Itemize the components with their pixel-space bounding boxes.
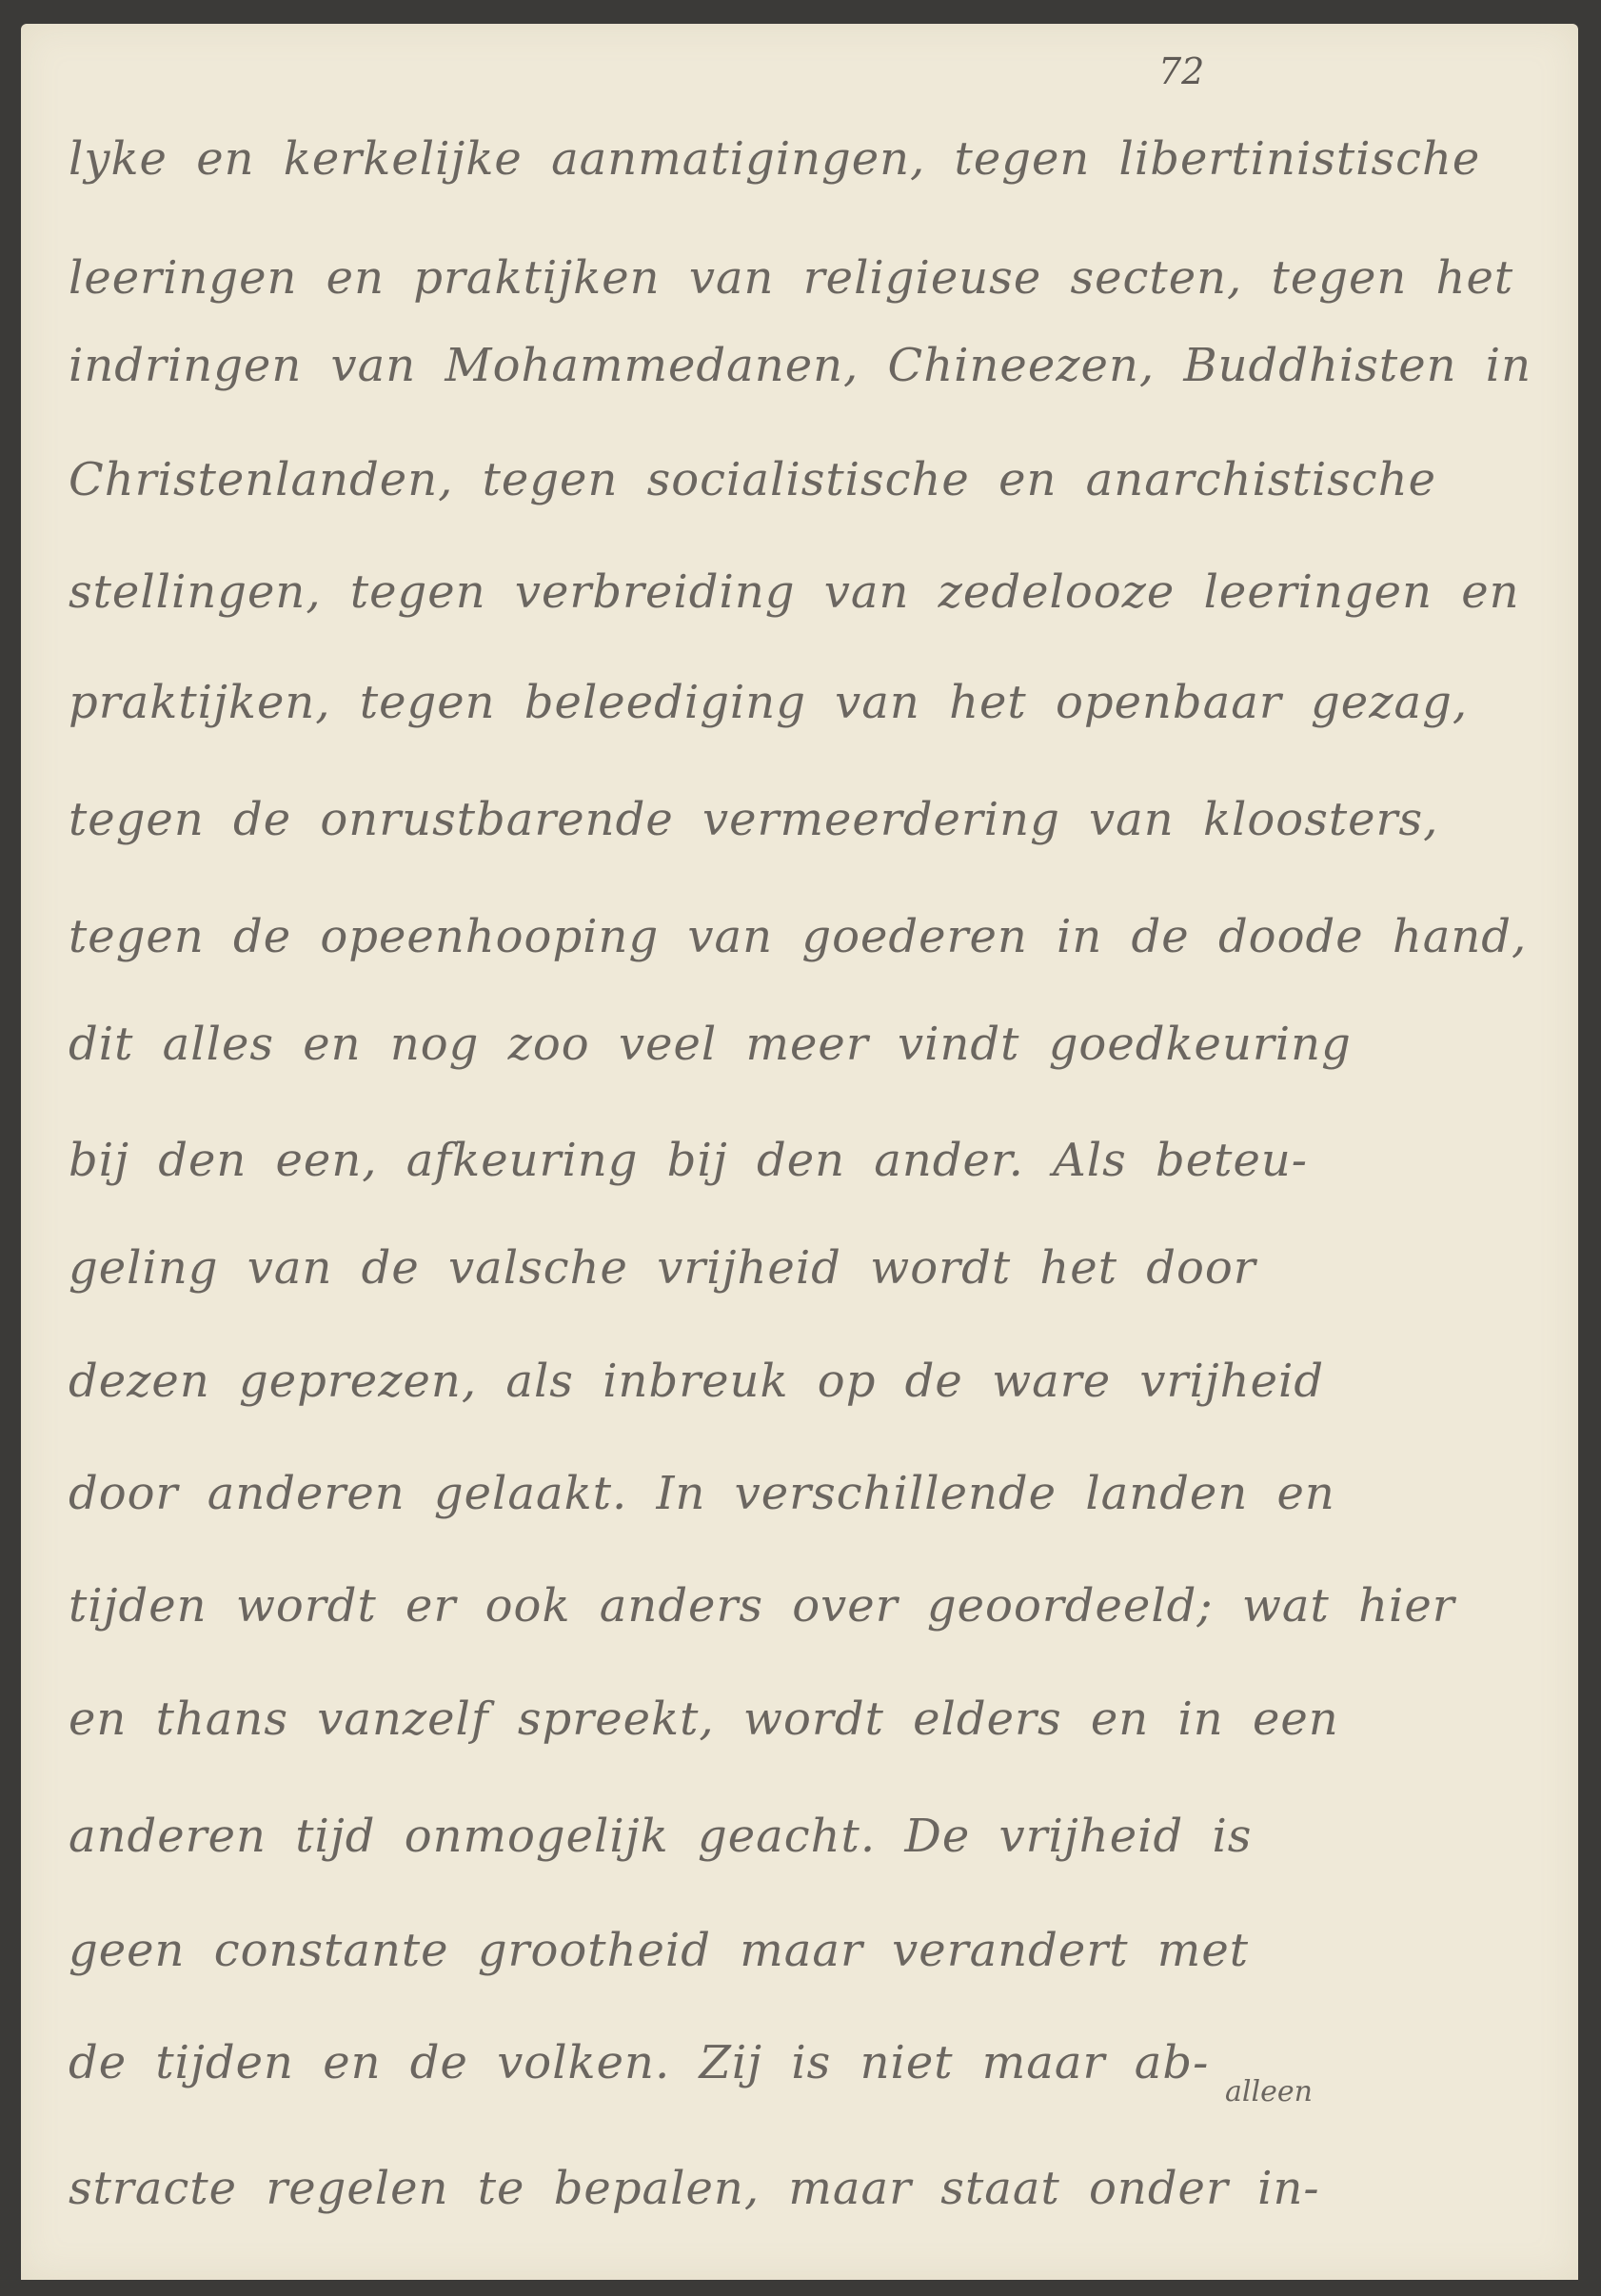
interlinear-insertion: alleen (1225, 2075, 1313, 2108)
page-number: 72 (1158, 50, 1204, 92)
text-line: door anderen gelaakt. In verschillende l… (69, 1471, 1582, 1516)
text-line: tegen de onrustbarende vermeerdering van… (69, 797, 1582, 842)
manuscript-page: 72 lyke en kerkelijke aanmatigingen, teg… (21, 24, 1578, 2280)
text-line: indringen van Mohammedanen, Chineezen, B… (69, 343, 1582, 388)
text-line: geling van de valsche vrijheid wordt het… (69, 1245, 1582, 1291)
text-line: anderen tijd onmogelijk geacht. De vrijh… (69, 1813, 1582, 1859)
text-line: tijden wordt er ook anders over geoordee… (69, 1583, 1582, 1629)
text-line: en thans vanzelf spreekt, wordt elders e… (69, 1696, 1582, 1742)
text-line: leeringen en praktijken van religieuse s… (69, 255, 1582, 301)
text-line: geen constante grootheid maar verandert … (69, 1928, 1582, 1973)
text-line: lyke en kerkelijke aanmatigingen, tegen … (69, 136, 1582, 182)
text-line: bij den een, afkeuring bij den ander. Al… (69, 1138, 1582, 1183)
text-line: de tijden en de volken. Zij is niet maar… (69, 2040, 1582, 2086)
text-line: stracte regelen te bepalen, maar staat o… (69, 2166, 1582, 2211)
text-line: dezen geprezen, als inbreuk op de ware v… (69, 1358, 1582, 1404)
text-line: stellingen, tegen verbreiding van zedelo… (69, 569, 1582, 615)
text-line: praktijken, tegen beleediging van het op… (69, 680, 1582, 725)
text-line: tegen de opeenhooping van goederen in de… (69, 914, 1582, 960)
text-line: dit alles en nog zoo veel meer vindt goe… (69, 1021, 1582, 1067)
text-line: Christenlanden, tegen socialistische en … (69, 457, 1582, 503)
